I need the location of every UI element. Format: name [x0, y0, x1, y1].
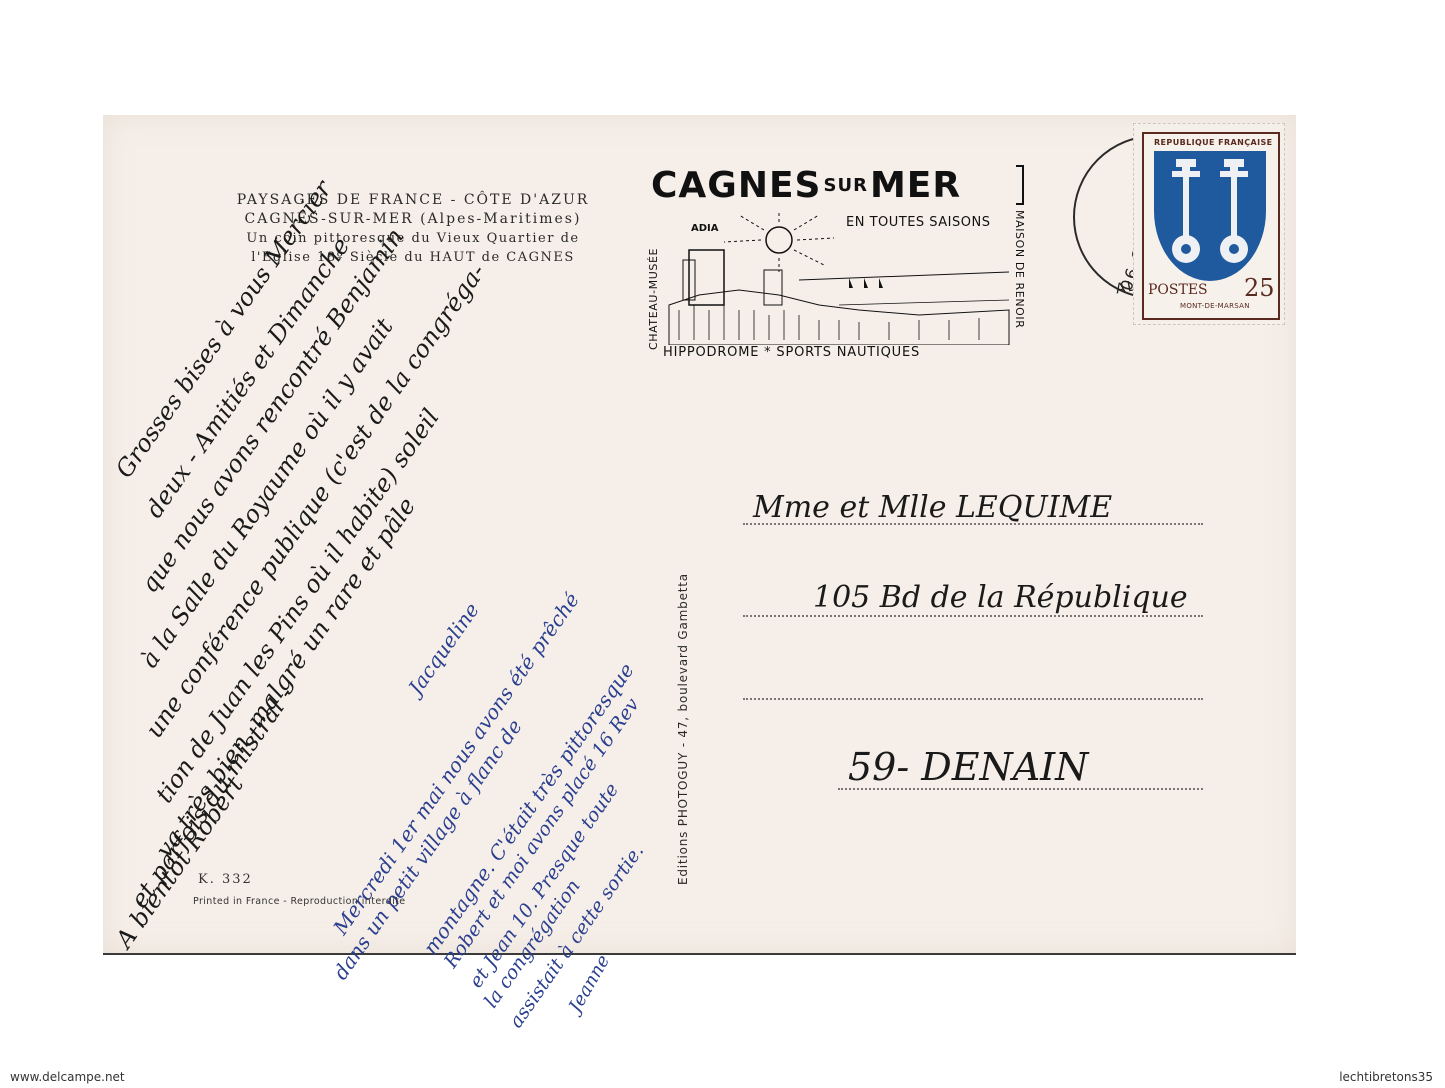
- address-line-3: [743, 698, 1203, 700]
- publisher-text: Editions PHOTOGUY - 47, boulevard Gambet…: [676, 573, 690, 885]
- footer-seller[interactable]: lechtibretons35: [1339, 1070, 1433, 1084]
- stamp-country: REPUBLIQUE FRANÇAISE: [1154, 138, 1272, 147]
- postage-stamp: REPUBLIQUE FRANÇAISE POSTES 25: [1133, 123, 1285, 325]
- footer-site-link[interactable]: www.delcampe.net: [10, 1070, 125, 1084]
- postcard-back: PAYSAGES DE FRANCE - CÔTE D'AZUR CAGNES-…: [103, 115, 1296, 955]
- cancellation-flag: CAGNES SUR MER ADIA EN TOUTES SAISONS: [641, 165, 1026, 370]
- flag-bracket: [1016, 165, 1024, 205]
- flag-left-text: CHATEAU-MUSÉE: [647, 248, 660, 350]
- address-street: 105 Bd de la République: [813, 580, 1188, 615]
- village-illustration-icon: [659, 210, 1014, 345]
- stamp-frame: REPUBLIQUE FRANÇAISE POSTES 25: [1142, 132, 1280, 320]
- address-city: 59- DENAIN: [848, 745, 1088, 789]
- flag-title-end: MER: [870, 165, 961, 206]
- message-line-blue: Jacqueline: [403, 598, 484, 699]
- flag-right-text: MAISON DE RENOIR: [1013, 210, 1026, 329]
- address-line-2: [743, 615, 1203, 617]
- address-recipient: Mme et Mlle LEQUIME: [753, 490, 1112, 525]
- printed-notice: Printed in France - Reproduction interdi…: [193, 896, 406, 907]
- stamp-city: MONT-DE-MARSAN: [1180, 302, 1250, 310]
- caption-line-2: CAGNES-SUR-MER (Alpes-Maritimes): [153, 210, 673, 229]
- caption-line-4: l'Eglise 18º Siècle du HAUT de CAGNES: [153, 248, 673, 267]
- stamp-value: 25: [1244, 274, 1275, 302]
- caption-line-3: Un coin pittoresque du Vieux Quartier de: [153, 229, 673, 248]
- flag-title-sur: SUR: [823, 175, 867, 196]
- flag-title: CAGNES SUR MER: [651, 165, 961, 205]
- caption-line-1: PAYSAGES DE FRANCE - CÔTE D'AZUR: [153, 191, 673, 210]
- coat-of-arms-icon: [1154, 151, 1266, 281]
- card-code: K. 332: [198, 872, 253, 887]
- stamp-postes: POSTES: [1148, 282, 1208, 298]
- postcard-caption: PAYSAGES DE FRANCE - CÔTE D'AZUR CAGNES-…: [153, 191, 673, 267]
- flag-title-main: CAGNES: [651, 165, 821, 206]
- keys-icon: [1154, 151, 1266, 281]
- flag-bottom-text: HIPPODROME * SPORTS NAUTIQUES: [663, 345, 920, 360]
